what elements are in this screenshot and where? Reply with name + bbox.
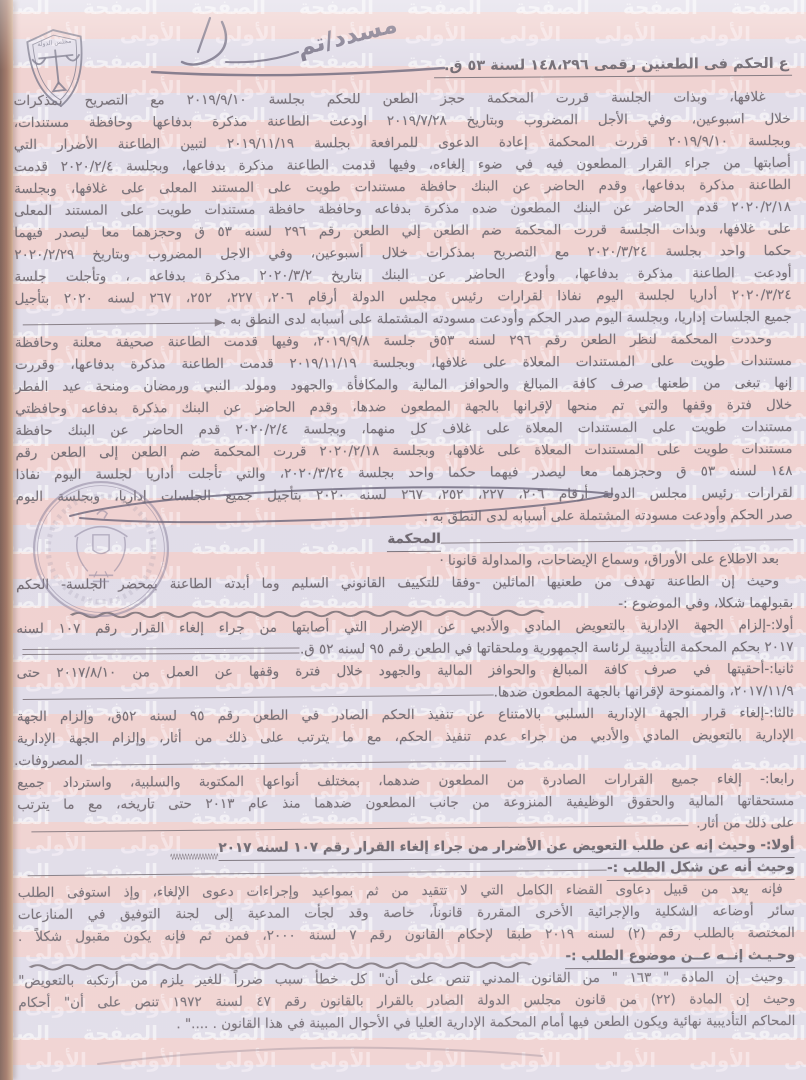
pen-scribble-oval [55, 478, 640, 540]
stamp-caption: مجلس الدولة [37, 38, 72, 49]
text-segment: بعد الاطلاع على الأوراق، وسماع الإيضاحات… [439, 548, 779, 572]
text-segment: جميع الجلسات إداريا، وبجلسة اليوم صدر ال… [222, 306, 792, 331]
scanned-court-judgment-page: الصفحة الصفحة الصفحة الصفحة الصفحة الصفح… [0, 0, 806, 1080]
text-segment: على ذلك من أثار. [696, 812, 794, 835]
state-council-shield-stamp-icon: مجلس الدولة [20, 23, 94, 113]
paper-left-edge [0, 0, 13, 1080]
bottom-faint-arc [90, 1032, 550, 1077]
page-title: ع الحكم فى الطعنين رقمى ١٤٨،٢٩٦ لسنة ٥٣ … [434, 56, 792, 78]
handwritten-filler-line [30, 960, 535, 963]
handwritten-filler-line [28, 870, 607, 877]
text-segment: ٢٠١٧/١١/٩، والممنوحة لإقرانها بالجهة الم… [494, 680, 794, 704]
text-segment: ٢٠١٧ بحكم المحكمة التأديبية لرئاسة الجمه… [300, 636, 794, 661]
text-line: الإدارية بالتعويض المادي والأدبي من جراء… [17, 724, 794, 750]
arrowhead-mark [215, 319, 224, 327]
handwritten-filler-line [23, 695, 494, 701]
text-line: مستحقاتها المالية والحقوق الوظيفية المنز… [17, 790, 794, 816]
handwriting-flourish [140, 8, 450, 93]
handwritten-filler-line [31, 825, 688, 832]
handwritten-filler-line [23, 323, 222, 326]
handwritten-filler-line [91, 761, 506, 766]
text-segment: بقبولهما شكلا، وفي الموضوع :- [618, 592, 793, 615]
handwritten-filler-line [22, 648, 299, 655]
text-segment: المصروفات. [14, 750, 83, 772]
blank-spacer [516, 761, 794, 762]
